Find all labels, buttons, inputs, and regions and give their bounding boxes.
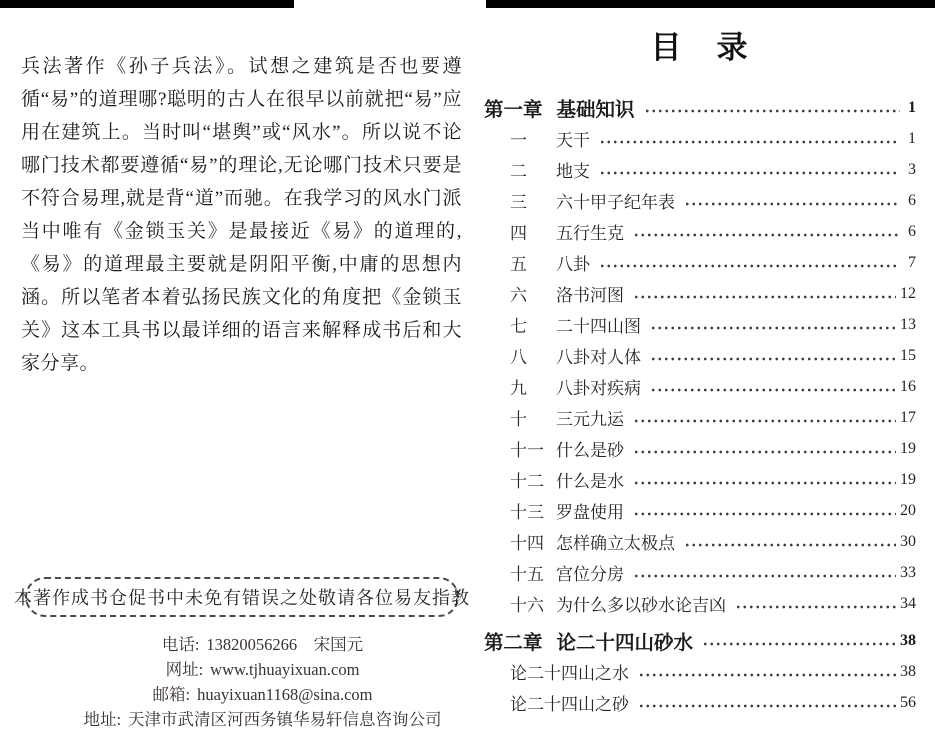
toc-entry-label: 天干 — [556, 126, 590, 151]
toc-entry-row: 八八卦对人体15 — [484, 340, 916, 371]
toc-entry-row: 二地支3 — [484, 154, 916, 185]
toc-entry-row: 五八卦7 — [484, 247, 916, 278]
toc-entry-number: 十五 — [510, 560, 556, 585]
toc-dot-leader — [735, 588, 896, 619]
toc-page-number: 13 — [900, 316, 916, 334]
toc-page-number: 38 — [900, 632, 916, 650]
notice-box: 本著作成书仓促书中未免有错误之处敬请各位易友指教 — [25, 577, 459, 617]
toc-entry-row: 六洛书河图12 — [484, 278, 916, 309]
toc-dot-leader — [599, 154, 900, 185]
contact-line-label: 邮箱: — [152, 685, 190, 704]
toc-page-number: 12 — [900, 285, 916, 303]
toc-entry-number: 第一章 — [484, 94, 543, 122]
contact-block: 电话:13820056266 宋国元网址:www.tjhuayixuan.com… — [50, 632, 475, 732]
toc-dot-leader — [684, 185, 900, 216]
toc-entry-row: 十六为什么多以砂水论吉凶34 — [484, 588, 916, 619]
toc-dot-leader — [702, 625, 896, 656]
toc-entry-number: 二 — [510, 157, 556, 182]
contact-line-value: 13820056266 宋国元 — [206, 635, 363, 654]
toc-chapter-row: 第二章论二十四山砂水38 — [484, 625, 916, 656]
toc-page-number: 3 — [904, 161, 916, 179]
toc-page-number: 6 — [904, 223, 916, 241]
toc-entry-row: 七二十四山图13 — [484, 309, 916, 340]
book-scan-spread: 兵法著作《孙子兵法》。试想之建筑是否也要遵循“易”的道理哪?聪明的古人在很早以前… — [0, 0, 935, 739]
toc-dot-leader — [638, 687, 896, 718]
toc-page-number: 30 — [900, 533, 916, 551]
toc-entry-row: 十一什么是砂19 — [484, 433, 916, 464]
toc-entry-list: 第一章基础知识1一天干1二地支3三六十甲子纪年表6四五行生克6五八卦7六洛书河图… — [484, 92, 916, 718]
contact-line: 网址:www.tjhuayixuan.com — [50, 657, 475, 682]
toc-entry-number: 三 — [510, 188, 556, 213]
toc-page: 目 录 第一章基础知识1一天干1二地支3三六十甲子纪年表6四五行生克6五八卦7六… — [484, 22, 916, 718]
toc-entry-label: 什么是砂 — [556, 436, 624, 461]
toc-entry-number: 十四 — [510, 529, 556, 554]
toc-entry-number: 十三 — [510, 498, 556, 523]
toc-entry-number: 第二章 — [484, 627, 543, 655]
toc-entry-number: 九 — [510, 374, 556, 399]
toc-page-number: 16 — [900, 378, 916, 396]
toc-entry-row: 一天干1 — [484, 123, 916, 154]
toc-dot-leader — [650, 309, 896, 340]
toc-page-number: 15 — [900, 347, 916, 365]
toc-page-number: 20 — [900, 502, 916, 520]
toc-chapter-row: 第一章基础知识1 — [484, 92, 916, 123]
toc-entry-row: 十三元九运17 — [484, 402, 916, 433]
contact-line-value: huayixuan1168@sina.com — [197, 685, 372, 704]
toc-entry-number: 六 — [510, 281, 556, 306]
contact-line-label: 网址: — [166, 660, 204, 679]
scan-artifact-bar-left — [0, 0, 294, 8]
toc-dot-leader — [650, 371, 896, 402]
toc-entry-label: 罗盘使用 — [556, 498, 624, 523]
toc-entry-label: 基础知识 — [557, 94, 635, 122]
toc-entry-label: 八卦对人体 — [556, 343, 641, 368]
toc-entry-label: 什么是水 — [556, 467, 624, 492]
toc-entry-label: 二十四山图 — [556, 312, 641, 337]
toc-page-number: 38 — [900, 663, 916, 681]
toc-dot-leader — [644, 92, 900, 123]
toc-entry-row: 三六十甲子纪年表6 — [484, 185, 916, 216]
toc-entry-label: 论二十四山砂水 — [557, 627, 694, 655]
toc-entry-number: 五 — [510, 250, 556, 275]
toc-entry-number: 十二 — [510, 467, 556, 492]
toc-entry-number: 一 — [510, 126, 556, 151]
toc-entry-label: 洛书河图 — [556, 281, 624, 306]
contact-line-label: 地址: — [83, 710, 121, 729]
toc-entry-row: 十四怎样确立太极点30 — [484, 526, 916, 557]
toc-page-number: 19 — [900, 440, 916, 458]
toc-title: 目 录 — [484, 22, 916, 66]
toc-dot-leader — [633, 495, 896, 526]
toc-dot-leader — [633, 278, 896, 309]
toc-dot-leader — [599, 247, 900, 278]
toc-entry-label: 五行生克 — [556, 219, 624, 244]
toc-entry-number: 四 — [510, 219, 556, 244]
toc-page-number: 19 — [900, 471, 916, 489]
toc-entry-row: 十五宫位分房33 — [484, 557, 916, 588]
toc-dot-leader — [650, 340, 896, 371]
toc-page-number: 56 — [900, 694, 916, 712]
toc-dot-leader — [633, 216, 900, 247]
toc-entry-row: 四五行生克6 — [484, 216, 916, 247]
toc-entry-row: 十三罗盘使用20 — [484, 495, 916, 526]
contact-line: 地址:天津市武清区河西务镇华易轩信息咨询公司 — [50, 707, 475, 732]
toc-entry-label: 地支 — [556, 157, 590, 182]
toc-entry-row: 论二十四山之水38 — [484, 656, 916, 687]
toc-entry-row: 十二什么是水19 — [484, 464, 916, 495]
toc-dot-leader — [638, 656, 896, 687]
toc-dot-leader — [599, 123, 900, 154]
toc-page-number: 34 — [900, 595, 916, 613]
toc-page-number: 7 — [904, 254, 916, 272]
toc-entry-number: 七 — [510, 312, 556, 337]
contact-line-value: www.tjhuayixuan.com — [210, 660, 359, 679]
toc-entry-number: 十六 — [510, 591, 556, 616]
toc-entry-label: 怎样确立太极点 — [556, 529, 675, 554]
toc-entry-label: 为什么多以砂水论吉凶 — [556, 591, 726, 616]
toc-page-number: 1 — [904, 99, 916, 117]
toc-page-number: 6 — [904, 192, 916, 210]
toc-entry-number: 八 — [510, 343, 556, 368]
toc-entry-label: 宫位分房 — [556, 560, 624, 585]
toc-entry-row: 九八卦对疾病16 — [484, 371, 916, 402]
contact-line: 邮箱:huayixuan1168@sina.com — [50, 682, 475, 707]
toc-dot-leader — [633, 557, 896, 588]
contact-line: 电话:13820056266 宋国元 — [50, 632, 475, 657]
toc-entry-label: 三元九运 — [556, 405, 624, 430]
preface-paragraph: 兵法著作《孙子兵法》。试想之建筑是否也要遵循“易”的道理哪?聪明的古人在很早以前… — [21, 50, 462, 380]
toc-dot-leader — [633, 402, 896, 433]
toc-entry-label: 八卦 — [556, 250, 590, 275]
toc-entry-label: 论二十四山之水 — [510, 659, 629, 684]
contact-line-label: 电话: — [162, 635, 200, 654]
toc-dot-leader — [684, 526, 896, 557]
toc-entry-label: 六十甲子纪年表 — [556, 188, 675, 213]
contact-line-value: 天津市武清区河西务镇华易轩信息咨询公司 — [128, 710, 442, 729]
toc-page-number: 1 — [904, 130, 916, 148]
notice-text: 本著作成书仓促书中未免有错误之处敬请各位易友指教 — [14, 584, 470, 610]
toc-entry-number: 十 — [510, 405, 556, 430]
toc-page-number: 33 — [900, 564, 916, 582]
toc-dot-leader — [633, 433, 896, 464]
toc-entry-label: 论二十四山之砂 — [510, 690, 629, 715]
toc-entry-row: 论二十四山之砂56 — [484, 687, 916, 718]
scan-artifact-bar-right — [486, 0, 935, 8]
toc-dot-leader — [633, 464, 896, 495]
toc-page-number: 17 — [900, 409, 916, 427]
toc-entry-number: 十一 — [510, 436, 556, 461]
toc-entry-label: 八卦对疾病 — [556, 374, 641, 399]
